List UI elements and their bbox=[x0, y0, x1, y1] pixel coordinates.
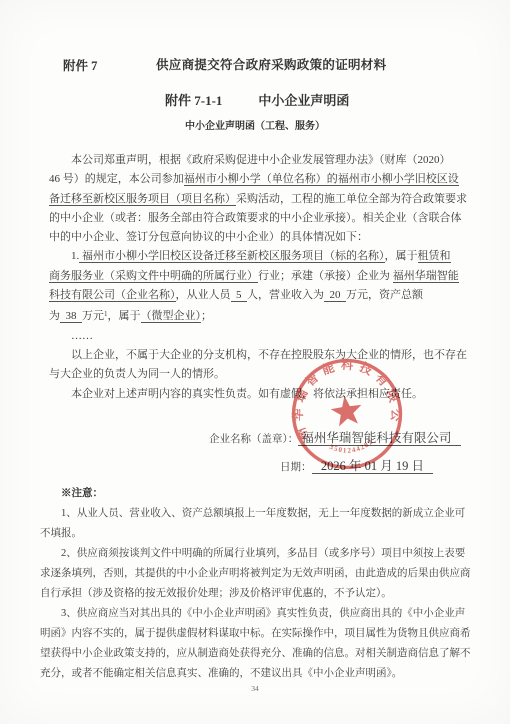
text-run: 以上企业，不属于大企业的分支机构，不存在控股股东为大企业的情形，也不存在 bbox=[71, 349, 467, 361]
filled-blank: 38 bbox=[60, 310, 82, 323]
body-line: 为 38 万元1，属于（微型企业）； bbox=[49, 305, 477, 326]
note-line: 不填报。 bbox=[40, 524, 476, 544]
text-run: 1、从业人员、营业收入、资产总额填报上一年度数据，无上一年度数据的新成立企业可 bbox=[61, 508, 465, 519]
notes-body: 1、从业人员、营业收入、资产总额填报上一年度数据，无上一年度数据的新成立企业可不… bbox=[40, 504, 476, 684]
filled-blank: （微型企业） bbox=[141, 310, 202, 323]
company-label: 企业名称（盖章）： bbox=[209, 434, 298, 445]
note-line: 3、供应商应当对其出具的《中小企业声明函》真实性负责，供应商出具的《中小企业声 bbox=[40, 604, 476, 624]
body-line: 的中小企业（或者：服务全部由符合政策要求的中小企业承接）。相关企业（含联合体 bbox=[49, 209, 477, 228]
sub-title: 中小企业声明函 bbox=[258, 93, 349, 108]
page-number: 34 bbox=[0, 684, 510, 693]
body-line: 本企业对上述声明内容的真实性负责。如有虚假，将依法承担相应责任。 bbox=[49, 385, 477, 404]
text-run: 行业；承建（承接）企业为 bbox=[258, 270, 393, 282]
body-line: 科技有限公司（企业名称），从业人员 5 人，营业收入为 20 万元，资产总额 bbox=[49, 286, 477, 305]
filled-blank: 20 bbox=[324, 289, 346, 302]
text-run: 明函》内容不实的，属于提供虚假材料谋取中标。在实际操作中，项目属性为货物且供应商… bbox=[40, 628, 471, 639]
company-name-value: 福州华瑞智能科技有限公司 bbox=[298, 431, 461, 446]
text-run: 为 bbox=[49, 310, 60, 322]
notes-heading: ※注意： bbox=[40, 484, 476, 504]
text-run: 的中小企业（或者：服务全部由符合政策要求的中小企业承接）。相关企业（含联合体 bbox=[49, 212, 462, 224]
body-line: 以上企业，不属于大企业的分支机构，不存在控股股东为大企业的情形，也不存在 bbox=[49, 346, 477, 365]
text-run: 1. bbox=[71, 250, 79, 262]
text-run: 人，营业收入为 bbox=[247, 289, 324, 301]
text-run: 本企业对上述声明内容的真实性负责。如有虚假，将依法承担相应责任。 bbox=[71, 388, 423, 400]
attachment-number: 附件 7 bbox=[63, 56, 97, 74]
text-run: ，从业人员 bbox=[176, 289, 231, 301]
note-line: 求逐条填列，否则，其提供的中小企业声明将被判定为无效声明函，由此造成的后果由供应… bbox=[40, 564, 476, 584]
text-run: 采购活动，工程的施工单位全部为符合政策要求 bbox=[236, 193, 467, 205]
date-value: 2026 年 01 月 19 日 bbox=[312, 459, 434, 474]
date-signature-line: 日期： 2026 年 01 月 19 日 bbox=[280, 456, 433, 474]
text-run: ； bbox=[201, 310, 212, 322]
body-line: 商务服务业（采购文件中明确的所属行业）行业；承建（承接）企业为 福州华瑞智能 bbox=[49, 267, 477, 286]
text-run: …… bbox=[71, 330, 93, 342]
text-run: 2、供应商须按谈判文件中明确的所属行业填列，多品目（或多序号）项目中须按上表要 bbox=[61, 548, 465, 559]
filled-blank: 租赁和 bbox=[418, 250, 451, 263]
text-run: 自行承担（涉及资格的按无效报价处理；涉及价格评审优惠的，不予认定）。 bbox=[40, 588, 392, 599]
date-label: 日期： bbox=[280, 462, 312, 473]
notes-section: ※注意： 1、从业人员、营业收入、资产总额填报上一年度数据，无上一年度数据的新成… bbox=[40, 484, 476, 684]
note-line: 充分，或者不能确定相关信息真实、准确的，不建议出具《中小企业声明函》。 bbox=[40, 664, 476, 684]
text-run: 充分，或者不能确定相关信息真实、准确的，不建议出具《中小企业声明函》。 bbox=[40, 668, 402, 679]
filled-blank: 备迁移至新校区服务项目（项目名称） bbox=[49, 193, 236, 206]
body-line: 1. 福州市小柳小学旧校区设备迁移至新校区服务项目（标的名称），属于租赁和 bbox=[49, 247, 477, 266]
document-title: 供应商提交符合政府采购政策的证明材料 bbox=[156, 55, 386, 73]
text-run: ，属于 bbox=[385, 250, 418, 262]
filled-blank: 福州市小柳小学旧校区设备迁移至新校区服务项目（标的名称） bbox=[79, 250, 384, 263]
text-run: 望获得中小企业政策支持的，应从制造商处获得充分、准确的信息。对相关制造商信息了解… bbox=[40, 648, 471, 659]
text-run: 万元，资产总额 bbox=[346, 289, 423, 301]
text-run: 46 号）的规定，本公司参加 bbox=[49, 173, 184, 185]
text-run: 本公司郑重声明，根据《政府采购促进中小企业发展管理办法》（财库（2020） bbox=[71, 154, 451, 166]
note-line: 明函》内容不实的，属于提供虚假材料谋取中标。在实际操作中，项目属性为货物且供应商… bbox=[40, 624, 476, 644]
sub-attachment-number: 附件 7-1-1 bbox=[165, 93, 222, 108]
declaration-body: 本公司郑重声明，根据《政府采购促进中小企业发展管理办法》（财库（2020）46 … bbox=[49, 151, 477, 404]
company-signature-line: 企业名称（盖章）： 福州华瑞智能科技有限公司 bbox=[209, 428, 461, 446]
text-run: 与大企业的负责人为同一人的情形。 bbox=[49, 368, 225, 380]
body-line: 中的中小企业、签订分包意向协议的中小企业）的具体情况如下： bbox=[49, 228, 477, 247]
note-line: 2、供应商须按谈判文件中明确的所属行业填列，多品目（或多序号）项目中须按上表要 bbox=[40, 544, 476, 564]
text-run: 3、供应商应当对其出具的《中小企业声明函》真实性负责，供应商出具的《中小企业声 bbox=[61, 608, 465, 619]
filled-blank: 商务服务业（采购文件中明确的所属行业） bbox=[49, 270, 258, 283]
body-line: 本公司郑重声明，根据《政府采购促进中小企业发展管理办法》（财库（2020） bbox=[49, 151, 477, 170]
filled-blank: 科技有限公司（企业名称） bbox=[49, 289, 176, 302]
filled-blank: 5 bbox=[231, 289, 248, 302]
note-line: 望获得中小企业政策支持的，应从制造商处获得充分、准确的信息。对相关制造商信息了解… bbox=[40, 644, 476, 664]
form-title: 中小企业声明函（工程、服务） bbox=[0, 117, 510, 132]
body-line: 与大企业的负责人为同一人的情形。 bbox=[49, 365, 477, 384]
text-run: 不填报。 bbox=[40, 528, 82, 539]
text-run: ，属于 bbox=[108, 310, 141, 322]
filled-blank: 福州市小柳小学（单位名称）的福州市小柳小学旧校区设 bbox=[184, 173, 459, 186]
note-line: 自行承担（涉及资格的按无效报价处理；涉及价格评审优惠的，不予认定）。 bbox=[40, 584, 476, 604]
note-line: 1、从业人员、营业收入、资产总额填报上一年度数据，无上一年度数据的新成立企业可 bbox=[40, 504, 476, 524]
body-line: …… bbox=[49, 327, 477, 346]
text-run: 求逐条填列，否则，其提供的中小企业声明将被判定为无效声明函，由此造成的后果由供应… bbox=[40, 568, 471, 579]
body-line: 46 号）的规定，本公司参加福州市小柳小学（单位名称）的福州市小柳小学旧校区设 bbox=[49, 170, 477, 189]
text-run: 万元 bbox=[82, 310, 104, 322]
filled-blank: 福州华瑞智能 bbox=[393, 270, 459, 283]
text-run: 中的中小企业、签订分包意向协议的中小企业）的具体情况如下： bbox=[49, 231, 368, 243]
document-page: 附件 7 供应商提交符合政府采购政策的证明材料 附件 7-1-1中小企业声明函 … bbox=[0, 0, 510, 724]
sub-heading-row: 附件 7-1-1中小企业声明函 bbox=[165, 90, 349, 109]
body-line: 备迁移至新校区服务项目（项目名称）采购活动，工程的施工单位全部为符合政策要求 bbox=[49, 190, 477, 209]
